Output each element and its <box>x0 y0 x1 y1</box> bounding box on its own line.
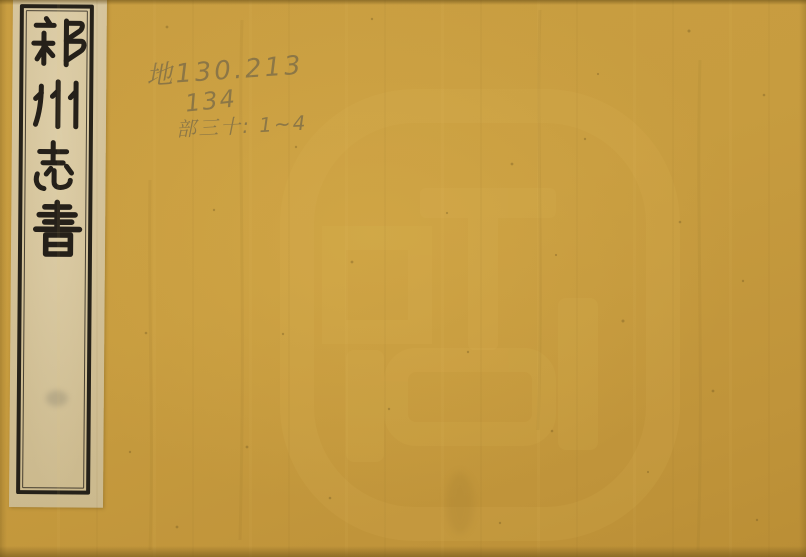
book-cover: 地130.213 134 部三十: 1~4 祁州志書 <box>0 0 806 557</box>
pencil-volume-note: 部三十: 1~4 <box>175 107 308 143</box>
book-title-calligraphy <box>24 11 94 280</box>
edge-shading <box>0 0 806 557</box>
label-smudge <box>46 390 68 406</box>
cover-smudge <box>446 472 474 534</box>
paper-streaks <box>0 0 806 557</box>
library-seal-watermark-icon <box>0 0 806 557</box>
paper-texture <box>0 0 806 557</box>
title-label: 祁州志書 <box>9 0 107 508</box>
